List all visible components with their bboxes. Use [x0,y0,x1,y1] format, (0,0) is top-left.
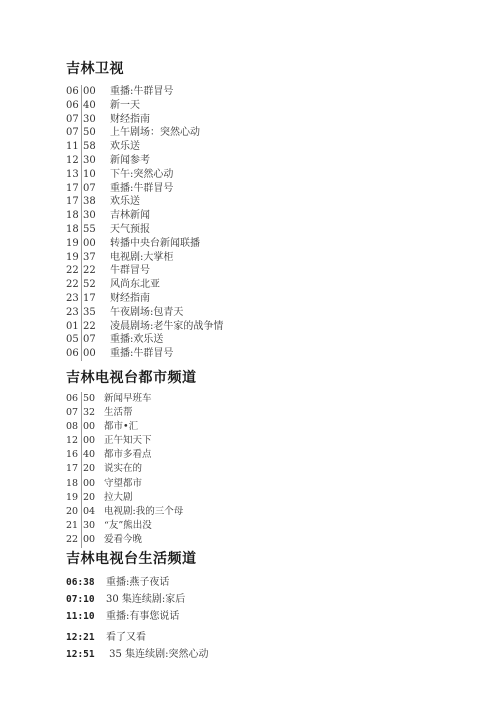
minute: 10 [83,168,99,182]
hour: 07 [66,126,80,140]
program-name: 财经指南 [110,113,150,127]
program-name: 重播:有事您说话 [106,608,179,625]
hour: 17 [66,182,80,196]
minute: 00 [83,434,99,448]
hour: 16 [66,448,80,462]
program-name: 重播:牛群冒号 [110,347,173,361]
section-title-jilin-urban: 吉林电视台都市频道 [66,367,197,387]
minute: 32 [83,406,99,420]
hour: 06 [66,392,80,406]
minute: 07 [83,333,99,347]
minute: 20 [83,462,99,476]
program-name: 财经指南 [110,292,150,306]
hour: 11 [66,140,80,154]
program-name: 欢乐送 [110,195,140,209]
hour: 19 [66,491,80,505]
hour: 20 [66,505,80,519]
program-name: 新一天 [110,99,140,113]
program-name: 上午剧场：突然心动 [110,126,200,140]
minute: 00 [83,477,99,491]
hour: 12 [66,434,80,448]
program-name: 守望都市 [104,477,142,491]
hour: 12 [66,154,80,168]
minute: 50 [83,392,99,406]
hour: 23 [66,292,80,306]
program-name: 拉大剧 [104,491,133,505]
hour: 06 [66,347,80,361]
minute: 50 [83,126,99,140]
minute: 35 [83,306,99,320]
minute: 00 [83,85,99,99]
minute: 38 [83,195,99,209]
hour: 23 [66,306,80,320]
program-name: 看了又看 [106,629,146,646]
hour: 08 [66,420,80,434]
time-divider-line [81,392,82,548]
hour: 19 [66,251,80,265]
program-name: 电视剧:我的三个母 [104,505,183,519]
hour: 18 [66,223,80,237]
minute: 40 [83,99,99,113]
minute: 58 [83,140,99,154]
hour: 01 [66,320,80,334]
program-name: 风尚东北亚 [110,278,160,292]
hour: 06 [66,85,80,99]
hour: 17 [66,462,80,476]
program-name: 正午知天下 [104,434,152,448]
program-name: 都市•汇 [104,420,138,434]
time: 12:21 [66,629,95,646]
hour: 06 [66,99,80,113]
hour: 07 [66,113,80,127]
minute: 30 [83,209,99,223]
program-name: 午夜剧场:包青天 [110,306,183,320]
program-name: 重播:燕子夜话 [106,574,169,591]
program-name: 重播:牛群冒号 [110,85,173,99]
program-name: 生活帮 [104,406,133,420]
program-name: 凌晨剧场:老牛家的战争情 [110,320,223,334]
tv-schedule-page: 吉林卫视 0600重播:牛群冒号 0640新一天 0730财经指南 0750上午… [0,0,500,707]
program-name: 说实在的 [104,462,142,476]
section-title-jilin-life: 吉林电视台生活频道 [66,548,197,568]
program-name: 重播:牛群冒号 [110,182,173,196]
hour: 13 [66,168,80,182]
hour: 19 [66,237,80,251]
minute: 52 [83,278,99,292]
program-name: 欢乐送 [110,140,140,154]
hour: 07 [66,406,80,420]
hour: 18 [66,477,80,491]
program-name: 吉林新闻 [110,209,150,223]
minute: 30 [83,519,99,533]
section-title-jilin-satellite: 吉林卫视 [66,58,124,78]
hour: 21 [66,519,80,533]
minute: 04 [83,505,99,519]
program-name: “友”熊出没 [104,519,152,533]
program-name: 新闻早班车 [104,392,152,406]
time: 06:38 [66,574,95,591]
program-name: 35 集连续剧:突然心动 [106,646,208,663]
minute: 00 [83,237,99,251]
program-name: 都市多看点 [104,448,152,462]
minute: 40 [83,448,99,462]
time: 12:51 [66,646,95,663]
program-name: 新闻参考 [110,154,150,168]
time-divider-line [81,85,82,361]
time: 07:10 [66,591,95,608]
program-name: 电视剧:大掌柜 [110,251,173,265]
program-name: 下午:突然心动 [110,168,173,182]
program-name: 重播:欢乐送 [110,333,163,347]
minute: 07 [83,182,99,196]
minute: 00 [83,420,99,434]
hour: 22 [66,264,80,278]
program-name: 牛群冒号 [110,264,150,278]
program-name: 转播中央台新闻联播 [110,237,200,251]
minute: 00 [83,533,99,547]
hour: 22 [66,278,80,292]
minute: 20 [83,491,99,505]
hour: 17 [66,195,80,209]
minute: 00 [83,347,99,361]
program-name: 30 集连续剧:家后 [106,591,185,608]
minute: 17 [83,292,99,306]
hour: 05 [66,333,80,347]
minute: 30 [83,113,99,127]
minute: 22 [83,264,99,278]
program-name: 爱看今晚 [104,533,142,547]
hour: 18 [66,209,80,223]
hour: 22 [66,533,80,547]
minute: 37 [83,251,99,265]
minute: 30 [83,154,99,168]
time: 11:10 [66,608,95,625]
program-name: 天气预报 [110,223,150,237]
minute: 55 [83,223,99,237]
minute: 22 [83,320,99,334]
